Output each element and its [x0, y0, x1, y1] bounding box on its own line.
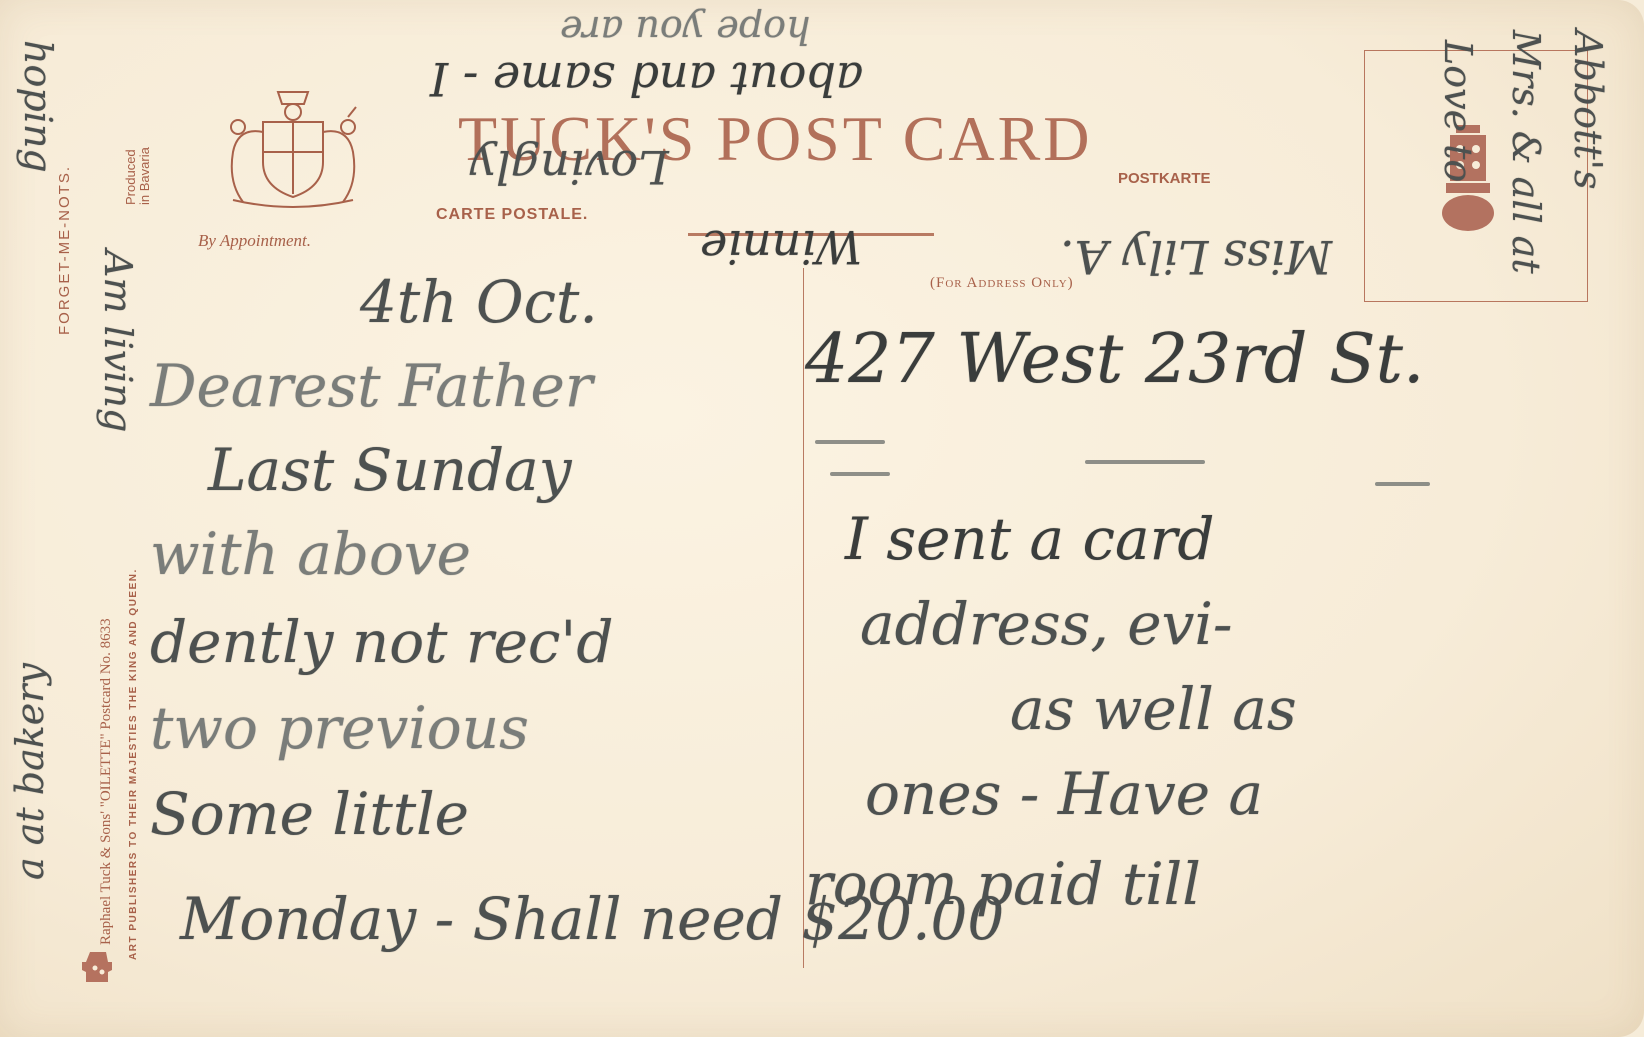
message-right-line-4: ones - Have a — [865, 760, 1263, 828]
message-line-1: Last Sunday — [208, 436, 572, 504]
produced-in-label: Produced in Bavaria — [124, 147, 152, 205]
address-underline-3 — [1085, 460, 1205, 464]
message-line-3: dently not rec'd — [150, 608, 614, 676]
publishers-line: ART PUBLISHERS TO THEIR MAJESTIES THE KI… — [128, 568, 139, 960]
easel-logo-icon — [82, 950, 114, 986]
message-right-line-5: room paid till — [805, 850, 1201, 918]
inverted-name-line: Miss Lily A. — [1060, 230, 1332, 284]
address-underline-1 — [815, 440, 885, 444]
message-right-line-1: I sent a card — [845, 505, 1214, 573]
message-line-4: two previous — [150, 694, 529, 762]
vertical-left-line-3: a at bakery — [8, 663, 52, 880]
address-underline-4 — [1375, 482, 1430, 486]
address-line: 427 West 23rd St. — [805, 320, 1425, 399]
message-right-line-3: as well as — [1010, 675, 1297, 743]
postcard: TUCK'S POST CARD CARTE POSTALE. POSTKART… — [0, 0, 1644, 1037]
royal-coat-of-arms-icon — [218, 82, 368, 212]
vertical-right-line-1: Love to — [1436, 40, 1480, 182]
upside-down-signature: Winnie — [700, 220, 862, 274]
series-number: Raphael Tuck & Sons' "OILETTE" Postcard … — [98, 618, 115, 945]
message-line-5: Some little — [150, 780, 469, 848]
upside-down-closing: Lovingly — [470, 140, 669, 194]
message-salutation: Dearest Father — [150, 352, 593, 420]
by-appointment-label: By Appointment. — [198, 231, 311, 251]
carte-postale-label: CARTE POSTALE. — [436, 206, 588, 224]
upside-down-line-1: hope you are — [560, 8, 810, 52]
vertical-left-line-1: hoping — [16, 40, 60, 173]
vertical-left-line-2: Am living — [96, 250, 140, 432]
postkarte-label: POSTKARTE — [1118, 170, 1211, 187]
address-only-label: (For Address Only) — [930, 275, 1074, 292]
message-date: 4th Oct. — [360, 268, 598, 336]
vertical-right-line-2: Mrs. & all at — [1504, 30, 1548, 274]
vertical-right-line-3: Abbott's — [1566, 30, 1610, 189]
address-underline-2 — [830, 472, 890, 476]
center-divider — [803, 268, 804, 968]
message-line-2: with above — [150, 520, 471, 588]
message-right-line-2: address, evi- — [860, 590, 1233, 658]
upside-down-line-2: about and same - I — [430, 52, 863, 106]
series-name: FORGET-ME-NOTS. — [56, 165, 73, 335]
